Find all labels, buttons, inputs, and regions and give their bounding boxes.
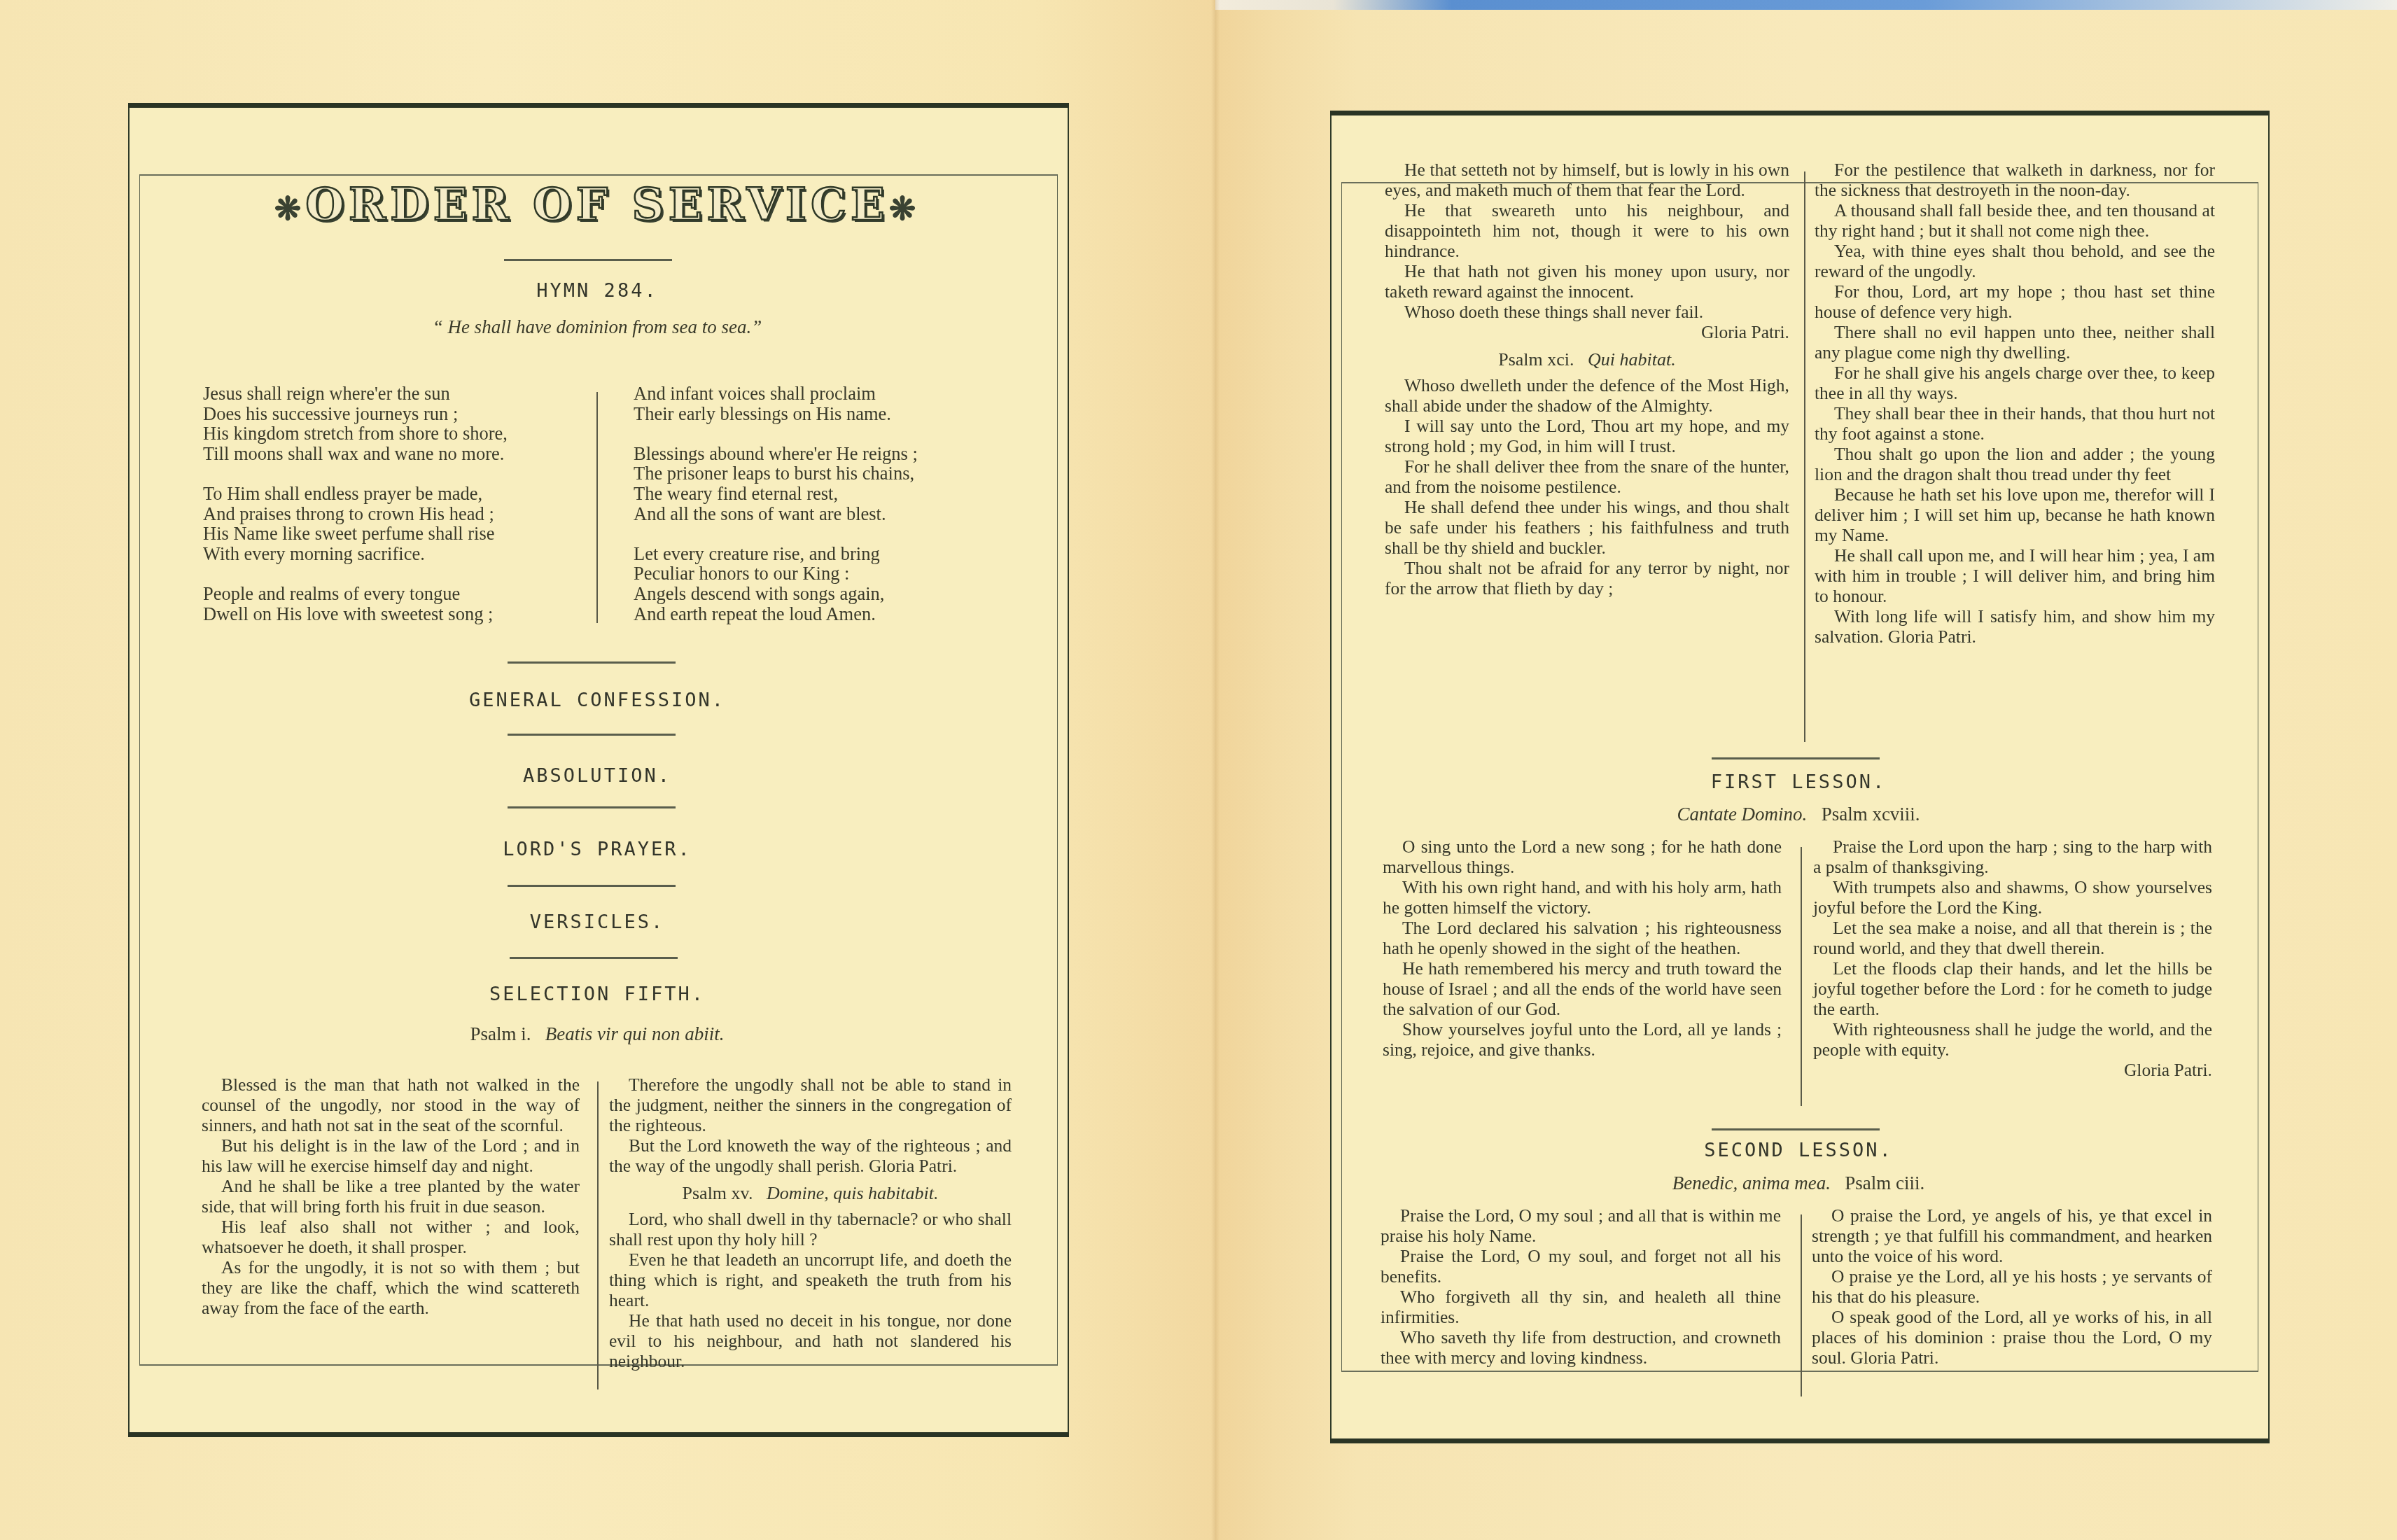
verse: Praise the Lord upon the harp ; sing to … — [1813, 836, 2212, 877]
verse: Who saveth thy life from destruction, an… — [1381, 1327, 1781, 1368]
hymn-line: The weary find eternal rest, — [634, 484, 1026, 504]
hymn-column-right: And infant voices shall proclaim Their e… — [634, 384, 1026, 644]
verse: O praise ye the Lord, all ye his hosts ;… — [1812, 1266, 2212, 1307]
hymn-line: And earth repeat the loud Amen. — [634, 604, 1026, 624]
hymn-column-left: Jesus shall reign where'er the sun Does … — [203, 384, 595, 644]
verse: And he shall be like a tree planted by t… — [202, 1176, 580, 1217]
second-lesson-column-1: Praise the Lord, O my soul ; and all tha… — [1381, 1205, 1781, 1368]
psalm-i-column-2: Therefore the ungodly shall not be able … — [609, 1074, 1012, 1371]
hymn-stanza: Jesus shall reign where'er the sun Does … — [203, 384, 595, 463]
verse: He that hath used no deceit in his tongu… — [609, 1310, 1012, 1371]
section-general-confession: GENERAL CONFESSION. — [128, 689, 1066, 711]
divider — [508, 885, 676, 887]
verse: Therefore the ungodly shall not be able … — [609, 1074, 1012, 1135]
hymn-line: Let every creature rise, and bring — [634, 544, 1026, 564]
verse: As for the ungodly, it is not so with th… — [202, 1257, 580, 1318]
page-fold — [1211, 0, 1220, 1540]
verse: With long life will I satisfy him, and s… — [1815, 606, 2215, 647]
hymn-line: The prisoner leaps to burst his chains, — [634, 463, 1026, 484]
psalm-i-heading: Psalm i. Beatis vir qui non abiit. — [128, 1023, 1066, 1045]
psalm-latin-title: Cantate Domino. — [1677, 804, 1807, 825]
first-lesson-heading: FIRST LESSON. — [1330, 771, 2267, 793]
psalm-number: Psalm ciii. — [1845, 1172, 1924, 1193]
section-versicles: VERSICLES. — [128, 911, 1066, 933]
hymn-line: His Name like sweet perfume shall rise — [203, 524, 595, 544]
hymn-line: Peculiar honors to our King : — [634, 563, 1026, 584]
verse: He that sweareth unto his neighbour, and… — [1385, 200, 1789, 261]
second-lesson-subheading: Benedic, anima mea. Psalm ciii. — [1330, 1172, 2267, 1194]
ornament-icon: ❋ — [889, 190, 921, 227]
verse: Whoso doeth these things shall never fai… — [1385, 302, 1789, 322]
verse: With trumpets also and shawms, O show yo… — [1813, 877, 2212, 918]
divider — [510, 957, 678, 959]
column-divider — [1801, 847, 1802, 1106]
verse: I will say unto the Lord, Thou art my ho… — [1385, 416, 1789, 456]
verse: Thou shalt not be afraid for any terror … — [1385, 558, 1789, 598]
second-lesson-heading: SECOND LESSON. — [1330, 1140, 2267, 1161]
column-divider — [1804, 171, 1805, 742]
psalm-xv-heading: Psalm xv. Domine, quis habitabit. — [609, 1183, 1012, 1203]
verse: He hath remembered his mercy and truth t… — [1383, 958, 1782, 1019]
hymn-line: And all the sons of want are blest. — [634, 504, 1026, 524]
psalm-number: Psalm xcviii. — [1822, 804, 1920, 825]
column-divider — [596, 392, 598, 623]
verse: He that setteth not by himself, but is l… — [1385, 160, 1789, 200]
verse: He shall defend thee under his wings, an… — [1385, 497, 1789, 558]
section-selection-fifth: SELECTION FIFTH. — [128, 983, 1066, 1005]
verse: Even he that leadeth an uncorrupt life, … — [609, 1249, 1012, 1310]
verse: For thou, Lord, art my hope ; thou hast … — [1815, 281, 2215, 322]
psalm-number: Psalm i. — [470, 1023, 531, 1044]
verse: O speak good of the Lord, all ye works o… — [1812, 1307, 2212, 1368]
verse: A thousand shall fall beside thee, and t… — [1815, 200, 2215, 241]
verse: O sing unto the Lord a new song ; for he… — [1383, 836, 1782, 877]
background-strip — [1215, 0, 2397, 10]
verse: Let the floods clap their hands, and let… — [1813, 958, 2212, 1019]
first-lesson-column-2: Praise the Lord upon the harp ; sing to … — [1813, 836, 2212, 1080]
hymn-line: Does his successive journeys run ; — [203, 404, 595, 424]
verse: Whoso dwelleth under the defence of the … — [1385, 375, 1789, 416]
verse: But his delight is in the law of the Lor… — [202, 1135, 580, 1176]
verse: Praise the Lord, O my soul ; and all tha… — [1381, 1205, 1781, 1246]
verse: For the pestilence that walketh in darkn… — [1815, 160, 2215, 200]
page-title: ❋ORDER OF SERVICE❋ — [128, 178, 1066, 231]
verse: Praise the Lord, O my soul, and forget n… — [1381, 1246, 1781, 1287]
column-divider — [1801, 1214, 1802, 1396]
verse: For he shall give his angels charge over… — [1815, 363, 2215, 403]
divider — [508, 661, 676, 664]
hymn-line: To Him shall endless prayer be made, — [203, 484, 595, 504]
ornament-icon: ❋ — [274, 190, 306, 227]
psalm-latin-title: Benedic, anima mea. — [1672, 1172, 1831, 1193]
hymn-line: And praises throng to crown His head ; — [203, 504, 595, 524]
psalm-xv-continued-column: He that setteth not by himself, but is l… — [1385, 160, 1789, 598]
hymn-line: With every morning sacrifice. — [203, 544, 595, 564]
divider — [1712, 1128, 1880, 1130]
divider — [508, 806, 676, 808]
divider — [1712, 757, 1880, 759]
column-divider — [597, 1081, 599, 1389]
verse: But the Lord knoweth the way of the righ… — [609, 1135, 1012, 1176]
verse: Let the sea make a noise, and all that t… — [1813, 918, 2212, 958]
hymn-line: His kingdom stretch from shore to shore, — [203, 423, 595, 444]
second-lesson-column-2: O praise the Lord, ye angels of his, ye … — [1812, 1205, 2212, 1368]
hymn-stanza: To Him shall endless prayer be made, And… — [203, 484, 595, 563]
verse: Who forgiveth all thy sin, and healeth a… — [1381, 1287, 1781, 1327]
hymn-stanza: Blessings abound where'er He reigns ; Th… — [634, 444, 1026, 524]
psalm-xci-column-2: For the pestilence that walketh in darkn… — [1815, 160, 2215, 647]
verse: For he shall deliver thee from the snare… — [1385, 456, 1789, 497]
hymn-line: Angels descend with songs again, — [634, 584, 1026, 604]
gloria-patri: Gloria Patri. — [1813, 1060, 2212, 1080]
hymn-stanza: And infant voices shall proclaim Their e… — [634, 384, 1026, 423]
psalm-latin-title: Domine, quis habitabit. — [767, 1183, 939, 1203]
hymn-line: People and realms of every tongue — [203, 584, 595, 604]
verse: He shall call upon me, and I will hear h… — [1815, 545, 2215, 606]
page-title-text: ORDER OF SERVICE — [305, 178, 888, 231]
verse: Because he hath set his love upon me, th… — [1815, 484, 2215, 545]
verse: With his own right hand, and with his ho… — [1383, 877, 1782, 918]
gloria-patri: Gloria Patri. — [1385, 322, 1789, 342]
psalm-number: Psalm xci. — [1498, 349, 1574, 370]
divider — [504, 259, 672, 261]
psalm-number: Psalm xv. — [683, 1183, 753, 1203]
hymn-line: Their early blessings on His name. — [634, 404, 1026, 424]
hymn-line: Till moons shall wax and wane no more. — [203, 444, 595, 464]
verse: Thou shalt go upon the lion and adder ; … — [1815, 444, 2215, 484]
hymn-epigraph: “ He shall have dominion from sea to sea… — [128, 316, 1066, 338]
section-absolution: ABSOLUTION. — [128, 765, 1066, 787]
hymn-line: Jesus shall reign where'er the sun — [203, 384, 595, 404]
psalm-xci-heading: Psalm xci. Qui habitat. — [1385, 349, 1789, 370]
first-lesson-column-1: O sing unto the Lord a new song ; for he… — [1383, 836, 1782, 1060]
first-lesson-subheading: Cantate Domino. Psalm xcviii. — [1330, 804, 2267, 825]
verse: Yea, with thine eyes shalt thou behold, … — [1815, 241, 2215, 281]
verse: His leaf also shall not wither ; and loo… — [202, 1217, 580, 1257]
hymn-line: Dwell on His love with sweetest song ; — [203, 604, 595, 624]
verse: Lord, who shall dwell in thy tabernacle?… — [609, 1209, 1012, 1249]
psalm-i-column-1: Blessed is the man that hath not walked … — [202, 1074, 580, 1318]
hymn-heading: HYMN 284. — [128, 280, 1066, 302]
verse: Blessed is the man that hath not walked … — [202, 1074, 580, 1135]
section-lords-prayer: LORD'S PRAYER. — [128, 839, 1066, 860]
verse: With righteousness shall he judge the wo… — [1813, 1019, 2212, 1060]
verse: They shall bear thee in their hands, tha… — [1815, 403, 2215, 444]
divider — [508, 734, 676, 736]
hymn-stanza: Let every creature rise, and bring Pecul… — [634, 544, 1026, 624]
psalm-latin-title: Beatis vir qui non abiit. — [545, 1023, 725, 1044]
verse: He that hath not given his money upon us… — [1385, 261, 1789, 302]
hymn-line: And infant voices shall proclaim — [634, 384, 1026, 404]
hymn-line: Blessings abound where'er He reigns ; — [634, 444, 1026, 464]
verse: O praise the Lord, ye angels of his, ye … — [1812, 1205, 2212, 1266]
verse: There shall no evil happen unto thee, ne… — [1815, 322, 2215, 363]
verse: The Lord declared his salvation ; his ri… — [1383, 918, 1782, 958]
psalm-latin-title: Qui habitat. — [1588, 349, 1676, 370]
hymn-stanza: People and realms of every tongue Dwell … — [203, 584, 595, 624]
verse: Show yourselves joyful unto the Lord, al… — [1383, 1019, 1782, 1060]
